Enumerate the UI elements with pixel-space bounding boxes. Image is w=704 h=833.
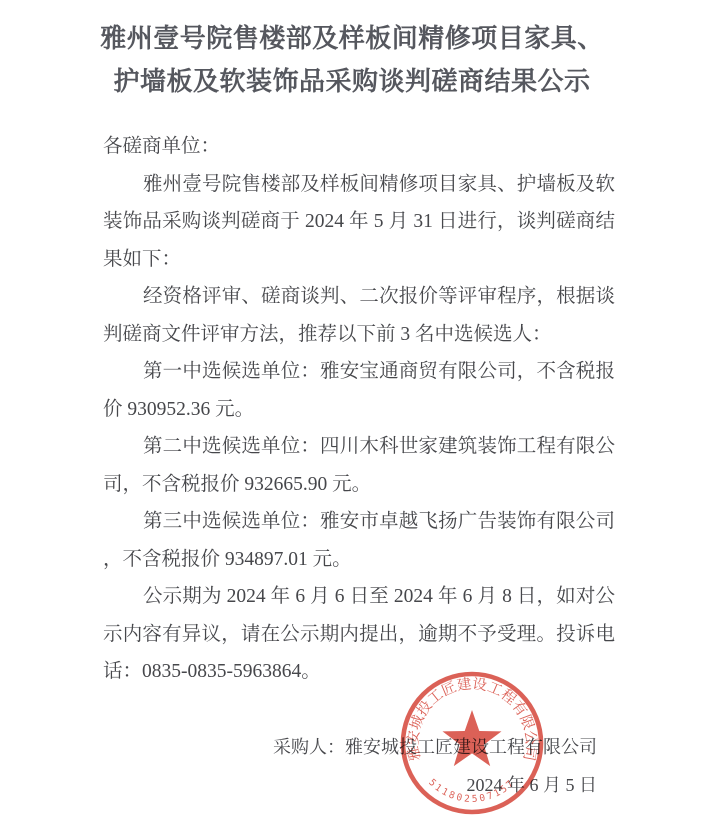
body-line: 雅州壹号院售楼部及样板间精修项目家具、护墙板及软 xyxy=(103,166,615,204)
body-line: 判磋商文件评审方法，推荐以下前 3 名中选候选人： xyxy=(103,316,615,354)
body-line: 价 930952.36 元。 xyxy=(103,391,615,429)
title-line-1: 雅州壹号院售楼部及样板间精修项目家具、 xyxy=(0,17,704,60)
body-line: 话：0835-0835-5963864。 xyxy=(103,653,615,691)
body-line: 装饰品采购谈判磋商于 2024 年 5 月 31 日进行，谈判磋商结 xyxy=(103,203,615,241)
body-paragraph: 公示期为 2024 年 6 月 6 日至 2024 年 6 月 8 日，如对公示… xyxy=(103,578,615,691)
document-title: 雅州壹号院售楼部及样板间精修项目家具、 护墙板及软装饰品采购谈判磋商结果公示 xyxy=(0,0,704,103)
body-paragraph: 经资格评审、磋商谈判、二次报价等评审程序，根据谈判磋商文件评审方法，推荐以下前 … xyxy=(103,278,615,353)
paragraphs-container: 雅州壹号院售楼部及样板间精修项目家具、护墙板及软装饰品采购谈判磋商于 2024 … xyxy=(103,166,615,691)
purchaser-line: 采购人：雅安城投工匠建设工程有限公司 xyxy=(103,728,597,766)
body-line: 司，不含税报价 932665.90 元。 xyxy=(103,466,615,504)
body-line: 第二中选候选单位：四川木科世家建筑装饰工程有限公 xyxy=(103,428,615,466)
document-page: 雅州壹号院售楼部及样板间精修项目家具、 护墙板及软装饰品采购谈判磋商结果公示 各… xyxy=(0,0,704,833)
body-line: 经资格评审、磋商谈判、二次报价等评审程序，根据谈 xyxy=(103,278,615,316)
signature-date: 2024 年 6 月 5 日 xyxy=(103,766,597,804)
salutation: 各磋商单位： xyxy=(103,128,615,166)
body-line: 第三中选候选单位：雅安市卓越飞扬广告装饰有限公司 xyxy=(103,503,615,541)
title-line-2: 护墙板及软装饰品采购谈判磋商结果公示 xyxy=(0,60,704,103)
body-paragraph: 第三中选候选单位：雅安市卓越飞扬广告装饰有限公司，不含税报价 934897.01… xyxy=(103,503,615,578)
body-line: ，不含税报价 934897.01 元。 xyxy=(103,541,615,579)
body-line: 公示期为 2024 年 6 月 6 日至 2024 年 6 月 8 日，如对公 xyxy=(103,578,615,616)
body-line: 第一中选候选单位：雅安宝通商贸有限公司，不含税报 xyxy=(103,353,615,391)
body-line: 果如下： xyxy=(103,241,615,279)
body-line: 示内容有异议，请在公示期内提出，逾期不予受理。投诉电 xyxy=(103,616,615,654)
body-paragraph: 第二中选候选单位：四川木科世家建筑装饰工程有限公司，不含税报价 932665.9… xyxy=(103,428,615,503)
body-paragraph: 雅州壹号院售楼部及样板间精修项目家具、护墙板及软装饰品采购谈判磋商于 2024 … xyxy=(103,166,615,279)
body-paragraph: 第一中选候选单位：雅安宝通商贸有限公司，不含税报价 930952.36 元。 xyxy=(103,353,615,428)
signature-block: 采购人：雅安城投工匠建设工程有限公司 2024 年 6 月 5 日 xyxy=(103,728,615,804)
document-body: 各磋商单位： 雅州壹号院售楼部及样板间精修项目家具、护墙板及软装饰品采购谈判磋商… xyxy=(103,128,615,804)
